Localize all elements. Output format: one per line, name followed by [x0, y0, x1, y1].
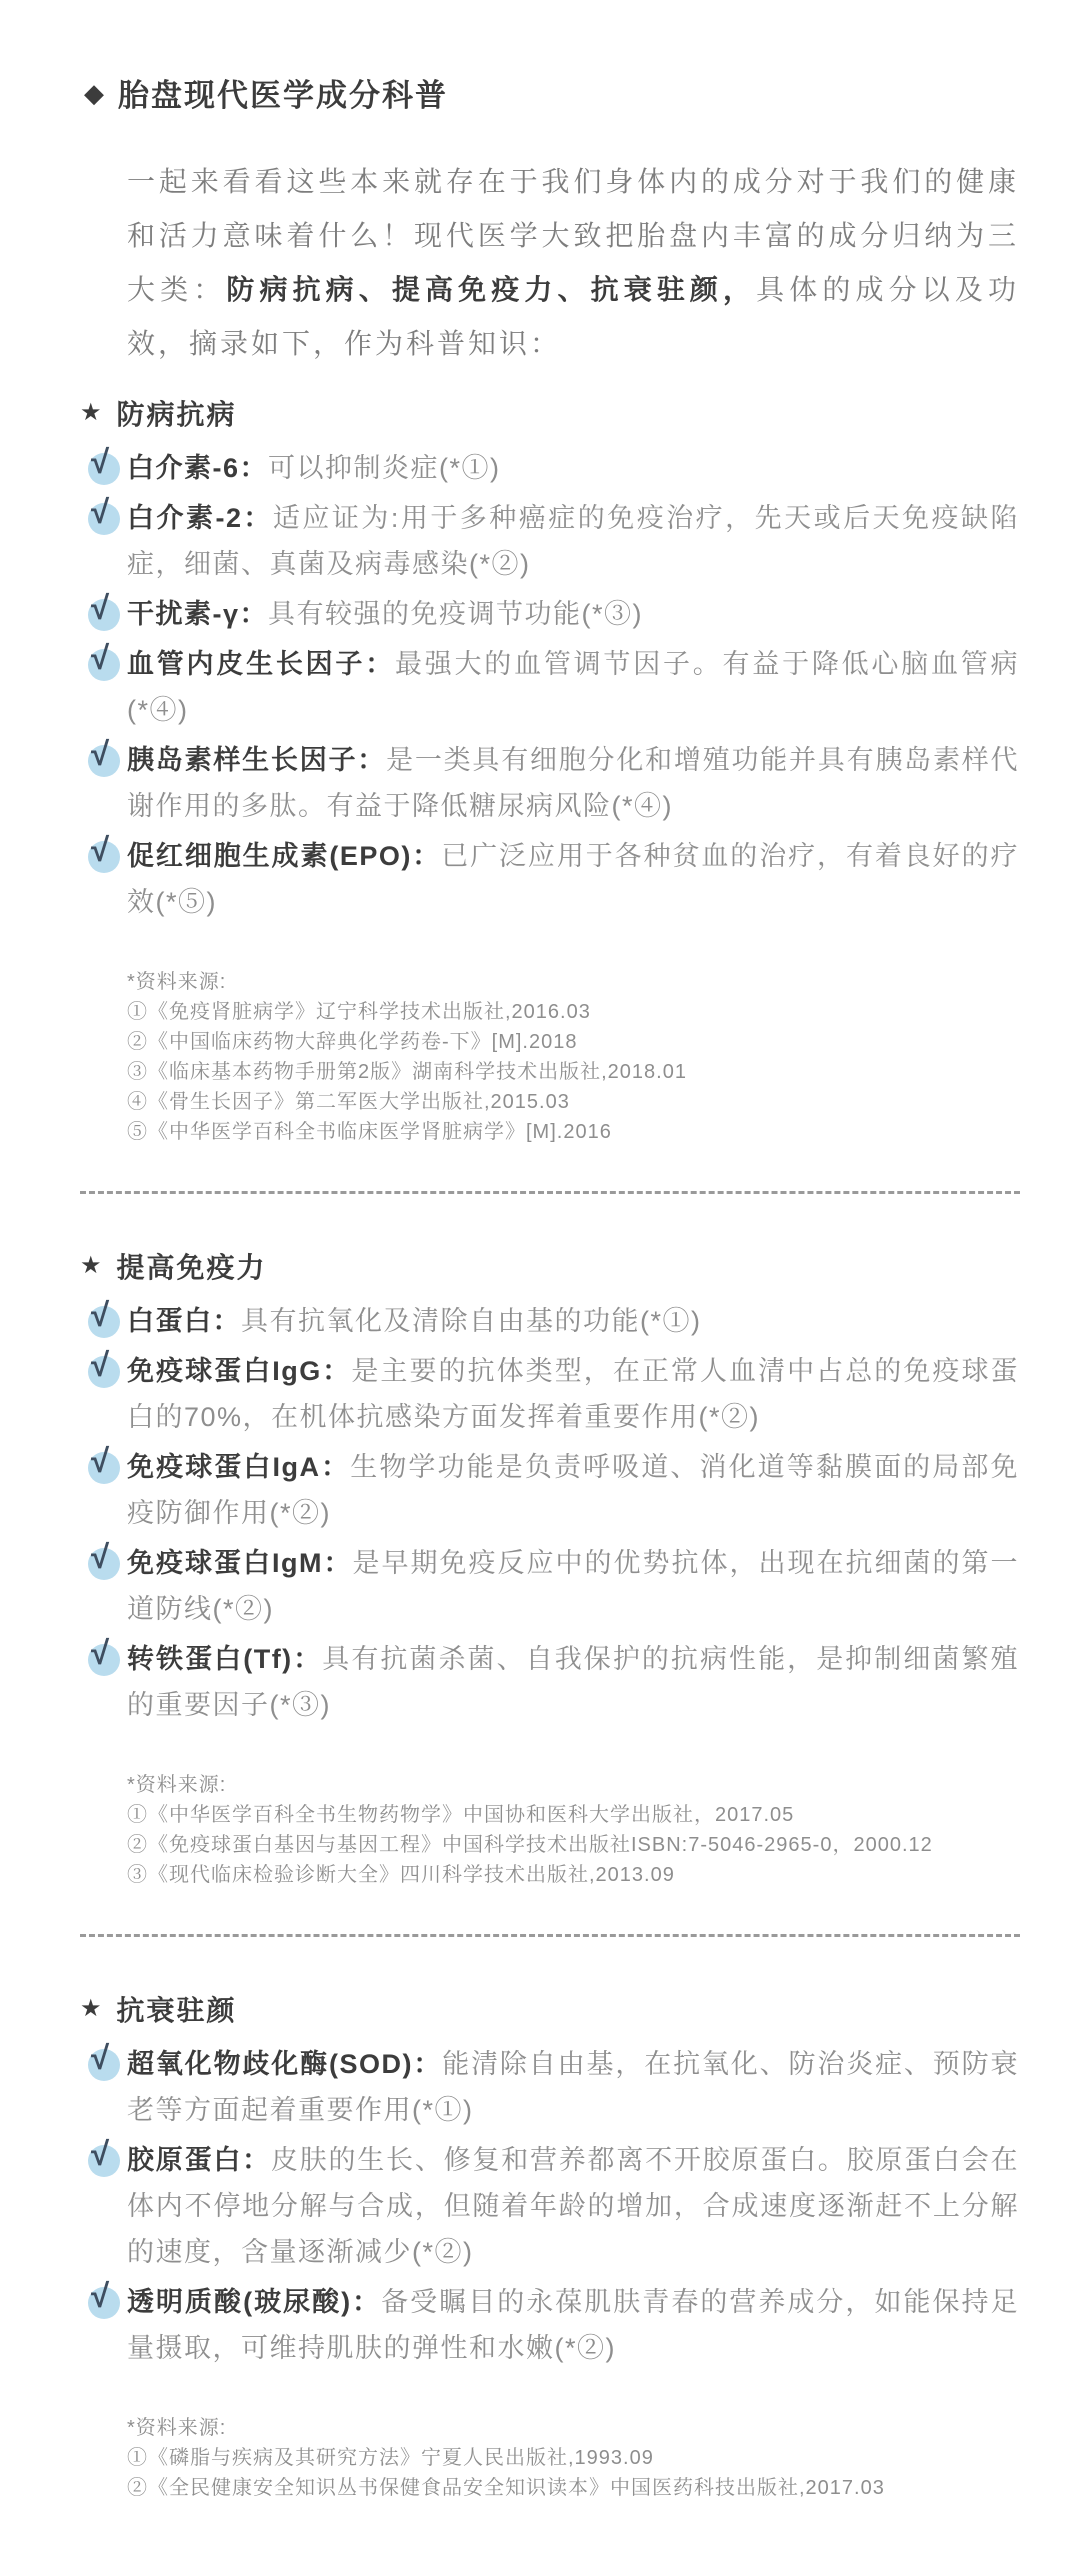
ingredient-list: √ 超氧化物歧化酶(SOD)：能清除自由基，在抗氧化、防治炎症、预防衰老等方面起… — [80, 2041, 1020, 2371]
check-icon: √ — [88, 649, 120, 681]
ingredient-term: 促红细胞生成素(EPO)： — [127, 841, 441, 871]
list-item: √ 免疫球蛋白IgM：是早期免疫反应中的优势抗体，出现在抗细菌的第一道防线(*②… — [80, 1540, 1020, 1632]
star-icon: ★ — [80, 401, 102, 425]
ingredient-desc: 可以抑制炎症(*①) — [268, 453, 501, 483]
source-line: ⑤《中华医学百科全书临床医学肾脏病学》[M].2016 — [127, 1117, 1020, 1147]
ingredient-desc: 具有抗氧化及清除自由基的功能(*①) — [241, 1306, 702, 1336]
ingredient-list: √ 白蛋白：具有抗氧化及清除自由基的功能(*①) √ 免疫球蛋白IgG：是主要的… — [80, 1298, 1020, 1728]
check-glyph: √ — [91, 2040, 109, 2076]
ingredient-term: 透明质酸(玻尿酸)： — [127, 2287, 381, 2317]
list-item: √ 转铁蛋白(Tf)：具有抗菌杀菌、自我保护的抗病性能，是抑制细菌繁殖的重要因子… — [80, 1636, 1020, 1728]
check-glyph: √ — [91, 444, 109, 480]
check-glyph: √ — [91, 1347, 109, 1383]
list-item-text: 免疫球蛋白IgA：生物学功能是负责呼吸道、消化道等黏膜面的局部免疫防御作用(*②… — [127, 1444, 1019, 1536]
check-icon: √ — [88, 2287, 120, 2319]
ingredient-term: 免疫球蛋白IgM： — [127, 1548, 353, 1578]
list-item: √ 白介素-6：可以抑制炎症(*①) — [80, 445, 1020, 491]
section-heading-row: ★ 防病抗病 — [80, 393, 1020, 433]
source-line: ①《中华医学百科全书生物药物学》中国协和医科大学出版社，2017.05 — [127, 1800, 1020, 1830]
list-item: √ 干扰素-γ：具有较强的免疫调节功能(*③) — [80, 591, 1020, 637]
check-icon: √ — [88, 453, 120, 485]
intro-text-bold: 防病抗病、提高免疫力、抗衰驻颜， — [226, 274, 756, 305]
list-item-text: 白介素-2：适应证为:用于多种癌症的免疫治疗，先天或后天免疫缺陷症，细菌、真菌及… — [127, 495, 1019, 587]
check-glyph: √ — [91, 736, 109, 772]
ingredient-term: 血管内皮生长因子： — [127, 649, 395, 679]
section-heading-row: ★ 抗衰驻颜 — [80, 1989, 1020, 2029]
source-line: ④《骨生长因子》第二军医大学出版社,2015.03 — [127, 1087, 1020, 1117]
check-glyph: √ — [91, 1297, 109, 1333]
list-item-text: 促红细胞生成素(EPO)：已广泛应用于各种贫血的治疗，有着良好的疗效(*⑤) — [127, 833, 1019, 925]
list-item-text: 白介素-6：可以抑制炎症(*①) — [127, 445, 1019, 491]
list-item: √ 免疫球蛋白IgG：是主要的抗体类型，在正常人血清中占总的免疫球蛋白的70%，… — [80, 1348, 1020, 1440]
section-immunity-boost: ★ 提高免疫力 √ 白蛋白：具有抗氧化及清除自由基的功能(*①) √ 免疫球蛋白… — [80, 1246, 1020, 1890]
list-item: √ 免疫球蛋白IgA：生物学功能是负责呼吸道、消化道等黏膜面的局部免疫防御作用(… — [80, 1444, 1020, 1536]
check-glyph: √ — [91, 1539, 109, 1575]
list-item: √ 白蛋白：具有抗氧化及清除自由基的功能(*①) — [80, 1298, 1020, 1344]
dotted-divider — [80, 1934, 1020, 1937]
check-glyph: √ — [91, 590, 109, 626]
check-glyph: √ — [91, 2136, 109, 2172]
check-icon: √ — [88, 841, 120, 873]
sources-block: *资料来源: ①《磷脂与疾病及其研究方法》宁夏人民出版社,1993.09 ②《全… — [127, 2413, 1020, 2503]
sources-block: *资料来源: ①《免疫肾脏病学》辽宁科学技术出版社,2016.03 ②《中国临床… — [127, 967, 1020, 1147]
list-item: √ 胶原蛋白：皮肤的生长、修复和营养都离不开胶原蛋白。胶原蛋白会在体内不停地分解… — [80, 2137, 1020, 2275]
list-item: √ 白介素-2：适应证为:用于多种癌症的免疫治疗，先天或后天免疫缺陷症，细菌、真… — [80, 495, 1020, 587]
check-icon: √ — [88, 1644, 120, 1676]
ingredient-term: 干扰素-γ： — [127, 599, 268, 629]
section-disease-prevention: ★ 防病抗病 √ 白介素-6：可以抑制炎症(*①) √ 白介素-2：适应证为:用… — [80, 393, 1020, 1147]
ingredient-list: √ 白介素-6：可以抑制炎症(*①) √ 白介素-2：适应证为:用于多种癌症的免… — [80, 445, 1020, 925]
article-page: ◆ 胎盘现代医学成分科普 一起来看看这些本来就存在于我们身体内的成分对于我们的健… — [0, 0, 1080, 2558]
check-icon: √ — [88, 503, 120, 535]
ingredient-term: 转铁蛋白(Tf)： — [127, 1644, 322, 1674]
check-icon: √ — [88, 1306, 120, 1338]
check-icon: √ — [88, 2049, 120, 2081]
star-icon: ★ — [80, 1254, 102, 1278]
list-item-text: 转铁蛋白(Tf)：具有抗菌杀菌、自我保护的抗病性能，是抑制细菌繁殖的重要因子(*… — [127, 1636, 1019, 1728]
sources-label: *资料来源: — [127, 2413, 1020, 2443]
ingredient-term: 胶原蛋白： — [127, 2145, 271, 2175]
source-line: ②《中国临床药物大辞典化学药卷-下》[M].2018 — [127, 1027, 1020, 1057]
source-line: ②《全民健康安全知识丛书保健食品安全知识读本》中国医药科技出版社,2017.03 — [127, 2473, 1020, 2503]
diamond-icon: ◆ — [84, 80, 104, 106]
list-item-text: 干扰素-γ：具有较强的免疫调节功能(*③) — [127, 591, 1019, 637]
list-item-text: 血管内皮生长因子：最强大的血管调节因子。有益于降低心脑血管病(*④) — [127, 641, 1019, 733]
section-title: 提高免疫力 — [117, 1246, 267, 1286]
intro-paragraph: 一起来看看这些本来就存在于我们身体内的成分对于我们的健康和活力意味着什么！现代医… — [127, 155, 1019, 371]
check-icon: √ — [88, 1356, 120, 1388]
check-icon: √ — [88, 2145, 120, 2177]
list-item-text: 透明质酸(玻尿酸)：备受瞩目的永葆肌肤青春的营养成分，如能保持足量摄取，可维持肌… — [127, 2279, 1019, 2371]
list-item-text: 胶原蛋白：皮肤的生长、修复和营养都离不开胶原蛋白。胶原蛋白会在体内不停地分解与合… — [127, 2137, 1019, 2275]
source-line: ③《现代临床检验诊断大全》四川科学技术出版社,2013.09 — [127, 1860, 1020, 1890]
check-glyph: √ — [91, 640, 109, 676]
list-item-text: 超氧化物歧化酶(SOD)：能清除自由基，在抗氧化、防治炎症、预防衰老等方面起着重… — [127, 2041, 1019, 2133]
source-line: ①《免疫肾脏病学》辽宁科学技术出版社,2016.03 — [127, 997, 1020, 1027]
ingredient-term: 免疫球蛋白IgG： — [127, 1356, 351, 1386]
check-icon: √ — [88, 1548, 120, 1580]
sources-block: *资料来源: ①《中华医学百科全书生物药物学》中国协和医科大学出版社，2017.… — [127, 1770, 1020, 1890]
list-item: √ 血管内皮生长因子：最强大的血管调节因子。有益于降低心脑血管病(*④) — [80, 641, 1020, 733]
ingredient-term: 白蛋白： — [127, 1306, 241, 1336]
page-title-row: ◆ 胎盘现代医学成分科普 — [84, 70, 1020, 115]
sources-label: *资料来源: — [127, 967, 1020, 997]
list-item: √ 超氧化物歧化酶(SOD)：能清除自由基，在抗氧化、防治炎症、预防衰老等方面起… — [80, 2041, 1020, 2133]
source-line: ③《临床基本药物手册第2版》湖南科学技术出版社,2018.01 — [127, 1057, 1020, 1087]
section-heading-row: ★ 提高免疫力 — [80, 1246, 1020, 1286]
list-item: √ 胰岛素样生长因子：是一类具有细胞分化和增殖功能并具有胰岛素样代谢作用的多肽。… — [80, 737, 1020, 829]
ingredient-term: 白介素-6： — [127, 453, 268, 483]
check-glyph: √ — [91, 1443, 109, 1479]
source-line: ①《磷脂与疾病及其研究方法》宁夏人民出版社,1993.09 — [127, 2443, 1020, 2473]
sources-label: *资料来源: — [127, 1770, 1020, 1800]
source-line: ②《免疫球蛋白基因与基因工程》中国科学技术出版社ISBN:7-5046-2965… — [127, 1830, 1020, 1860]
star-icon: ★ — [80, 1997, 102, 2021]
check-icon: √ — [88, 1452, 120, 1484]
ingredient-term: 白介素-2： — [127, 503, 273, 533]
check-icon: √ — [88, 599, 120, 631]
list-item: √ 促红细胞生成素(EPO)：已广泛应用于各种贫血的治疗，有着良好的疗效(*⑤) — [80, 833, 1020, 925]
ingredient-desc: 具有较强的免疫调节功能(*③) — [268, 599, 643, 629]
page-title: 胎盘现代医学成分科普 — [118, 70, 448, 115]
list-item: √ 透明质酸(玻尿酸)：备受瞩目的永葆肌肤青春的营养成分，如能保持足量摄取，可维… — [80, 2279, 1020, 2371]
ingredient-term: 胰岛素样生长因子： — [127, 745, 386, 775]
check-glyph: √ — [91, 1635, 109, 1671]
section-anti-aging: ★ 抗衰驻颜 √ 超氧化物歧化酶(SOD)：能清除自由基，在抗氧化、防治炎症、预… — [80, 1989, 1020, 2503]
dotted-divider — [80, 1191, 1020, 1194]
check-glyph: √ — [91, 2278, 109, 2314]
check-glyph: √ — [91, 832, 109, 868]
list-item-text: 免疫球蛋白IgG：是主要的抗体类型，在正常人血清中占总的免疫球蛋白的70%，在机… — [127, 1348, 1019, 1440]
section-title: 防病抗病 — [117, 393, 237, 433]
list-item-text: 免疫球蛋白IgM：是早期免疫反应中的优势抗体，出现在抗细菌的第一道防线(*②) — [127, 1540, 1019, 1632]
section-title: 抗衰驻颜 — [117, 1989, 237, 2029]
list-item-text: 胰岛素样生长因子：是一类具有细胞分化和增殖功能并具有胰岛素样代谢作用的多肽。有益… — [127, 737, 1019, 829]
list-item-text: 白蛋白：具有抗氧化及清除自由基的功能(*①) — [127, 1298, 1019, 1344]
check-icon: √ — [88, 745, 120, 777]
check-glyph: √ — [91, 494, 109, 530]
ingredient-term: 超氧化物歧化酶(SOD)： — [127, 2049, 442, 2079]
ingredient-term: 免疫球蛋白IgA： — [127, 1452, 350, 1482]
